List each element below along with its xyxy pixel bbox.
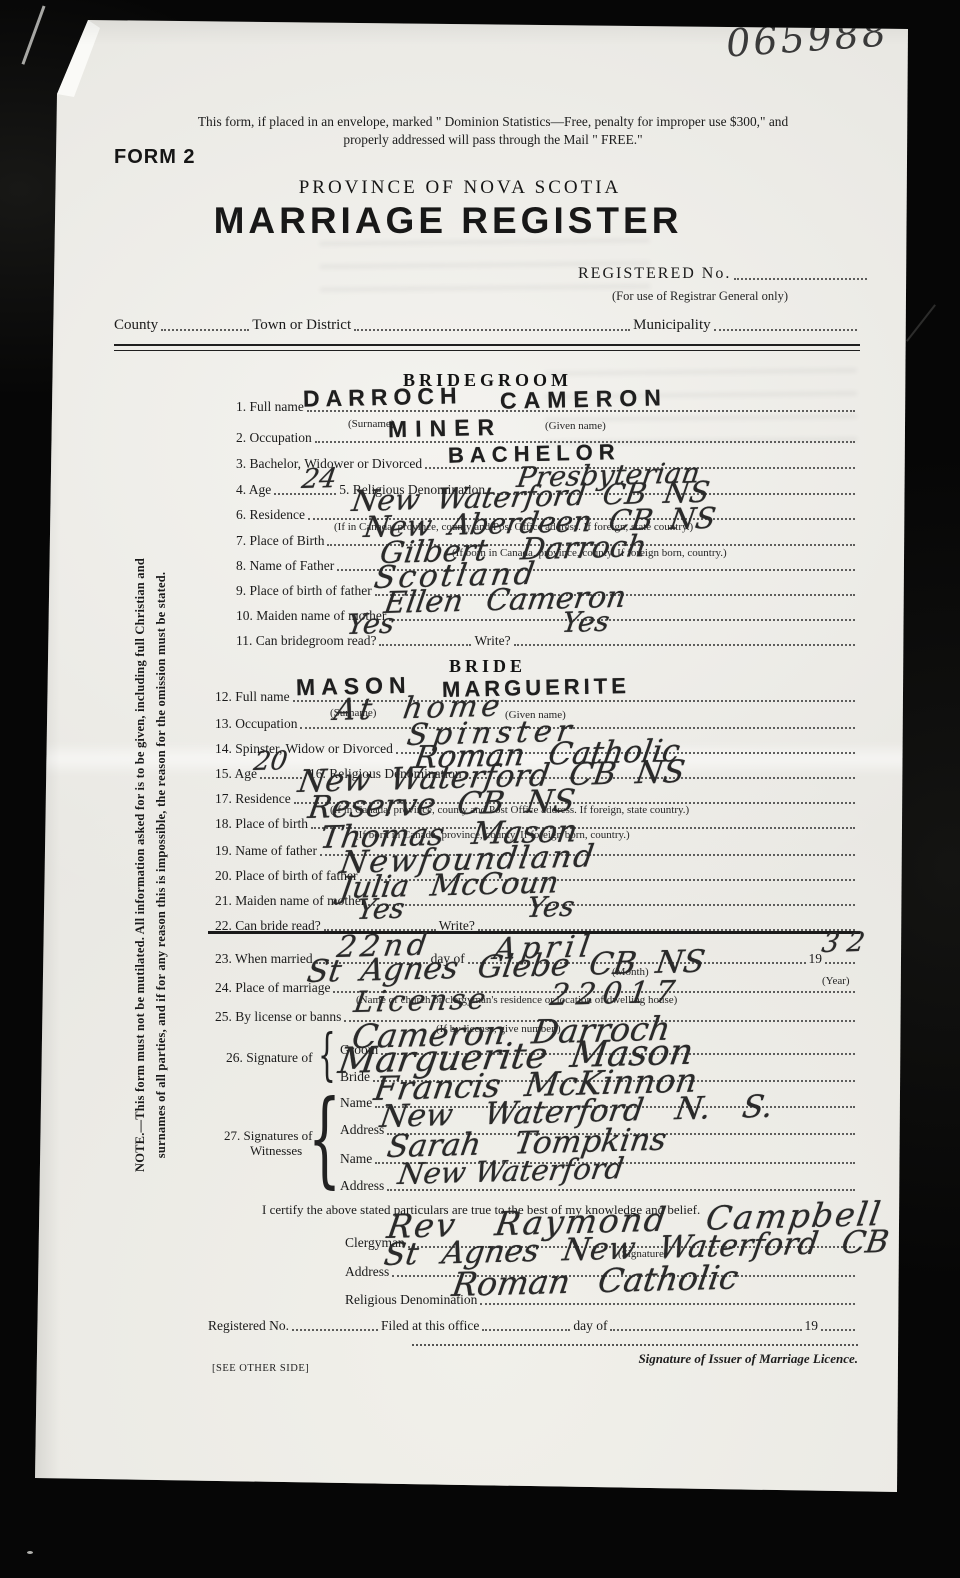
groom-father-label: 8. Name of Father [236, 558, 334, 575]
witnesses-label: 27. Signatures of Witnesses [224, 1128, 312, 1158]
footer-filed-row: Registered No. Filed at this office day … [208, 1318, 858, 1335]
town-district-label: Town or District [252, 316, 351, 335]
dotted-leader [482, 1329, 570, 1331]
handwriting-groom-can-read: Yes [345, 610, 396, 639]
scanned-page: 065988 This form, if placed in an envelo… [0, 0, 960, 1578]
handwriting-denomination: Roman Catholic [450, 1261, 740, 1301]
issuer-signature-line [412, 1344, 858, 1346]
groom-father-birthplace-label: 9. Place of birth of father [236, 583, 372, 600]
scan-scratch [906, 304, 936, 341]
dotted-leader [368, 904, 855, 906]
dotted-leader [354, 329, 630, 331]
footer-year-prefix: 19 [805, 1318, 819, 1335]
groom-fullname-label: 1. Full name [236, 399, 304, 416]
dotted-leader [161, 329, 249, 331]
municipality-label: Municipality [633, 316, 711, 335]
bride-status-label: 14. Spinster, Widow or Divorced [215, 741, 393, 758]
registered-no-caption: (For use of Registrar General only) [612, 289, 788, 304]
bride-birthplace-label: 18. Place of birth [215, 816, 308, 833]
registered-no-label: REGISTERED No. [578, 264, 731, 284]
dotted-leader [480, 1303, 855, 1305]
footer-filed-label: Filed at this office [381, 1318, 479, 1335]
witnesses-label-line1: 27. Signatures of [224, 1128, 312, 1143]
dotted-leader [734, 278, 867, 280]
bride-fullname-label: 12. Full name [215, 689, 290, 706]
groom-birthplace-label: 7. Place of Birth [236, 533, 324, 550]
issuer-signature-caption: Signature of Issuer of Marriage Licence. [412, 1351, 858, 1367]
handwriting-marriage-year: 32 [820, 929, 875, 957]
dotted-leader [514, 644, 855, 646]
bridegroom-section-title: BRIDEGROOM [115, 370, 860, 391]
handwriting-bride-can-read: Yes [355, 895, 406, 924]
dotted-leader [292, 1329, 378, 1331]
groom-occupation-label: 2. Occupation [236, 430, 312, 447]
witness2-address-label: Address [340, 1178, 384, 1195]
bride-father-birthplace-label: 20. Place of birth of father [215, 868, 357, 885]
witness2-name-label: Name [340, 1151, 372, 1168]
registered-no-row: REGISTERED No. [578, 264, 870, 284]
handwriting-groom-surname: DARROCH [303, 384, 463, 410]
footer-registered-no-label: Registered No. [208, 1318, 289, 1335]
form-number: FORM 2 [114, 146, 196, 169]
dotted-leader [825, 962, 855, 964]
bride-father-label: 19. Name of father [215, 843, 317, 860]
county-label: County [114, 316, 158, 335]
dotted-leader [300, 727, 855, 729]
scanned-marriage-register: { "scan": { "serial": "065988" }, "heade… [0, 0, 960, 1578]
mail-notice-line1: This form, if placed in an envelope, mar… [130, 114, 856, 130]
county-row: County Town or District Municipality [114, 316, 860, 335]
scan-scratch [21, 5, 45, 64]
handwriting-groom-given: CAMERON [500, 386, 668, 413]
witness1-name-label: Name [340, 1095, 372, 1112]
dotted-leader [389, 619, 855, 621]
margin-note-line2: surnames of all parties, and if for any … [151, 540, 172, 1190]
groom-age-label: 4. Age [236, 482, 271, 499]
scan-scratch [27, 1551, 33, 1554]
handwriting-groom-age: 24 [300, 465, 339, 493]
brace-glyph: { [318, 1028, 336, 1084]
footer-day-of-label: day of [573, 1318, 607, 1335]
page-title: MARRIAGE REGISTER [128, 200, 768, 242]
mail-notice-line2: properly addressed will pass through the… [130, 132, 856, 148]
handwriting-license-number: 22017 [548, 978, 683, 1011]
handwriting-bride-can-write: Yes [525, 893, 576, 922]
groom-write-label: Write? [474, 633, 510, 650]
witnesses-label-line2: Witnesses [224, 1143, 312, 1158]
dotted-leader [610, 1329, 801, 1331]
handwriting-witness2-address: New Waterford [396, 1154, 626, 1189]
province-heading: PROVINCE OF NOVA SCOTIA [140, 177, 780, 199]
handwriting-groom-can-write: Yes [560, 608, 611, 637]
field-row-groom-read-write: 11. Can bridegroom read? Write? [236, 633, 858, 650]
handwriting-groom-occupation: MINER [388, 416, 503, 441]
page-corner-fold [0, 0, 120, 120]
when-married-label: 23. When married [215, 951, 313, 968]
double-rule [114, 344, 860, 351]
margin-note-line1: NOTE.—This form must not be mutilated. A… [130, 540, 151, 1190]
dotted-leader [821, 1329, 855, 1331]
signature-of-label: 26. Signature of [226, 1050, 313, 1066]
dotted-leader [714, 329, 857, 331]
dotted-leader [379, 644, 471, 646]
brace-glyph: { [308, 1086, 341, 1190]
bride-residence-label: 17. Residence [215, 791, 291, 808]
bride-section-title: BRIDE [115, 656, 860, 677]
bride-occupation-label: 13. Occupation [215, 716, 297, 733]
handwriting-license-type: License [352, 985, 491, 1017]
groom-residence-label: 6. Residence [236, 507, 305, 524]
bride-age-label: 15. Age [215, 766, 257, 783]
handwriting-bride-age: 20 [252, 748, 289, 775]
handwritten-serial-number: 065988 [725, 10, 891, 65]
see-other-side-note: [SEE OTHER SIDE] [212, 1363, 309, 1374]
margin-note: NOTE.—This form must not be mutilated. A… [130, 540, 174, 1190]
